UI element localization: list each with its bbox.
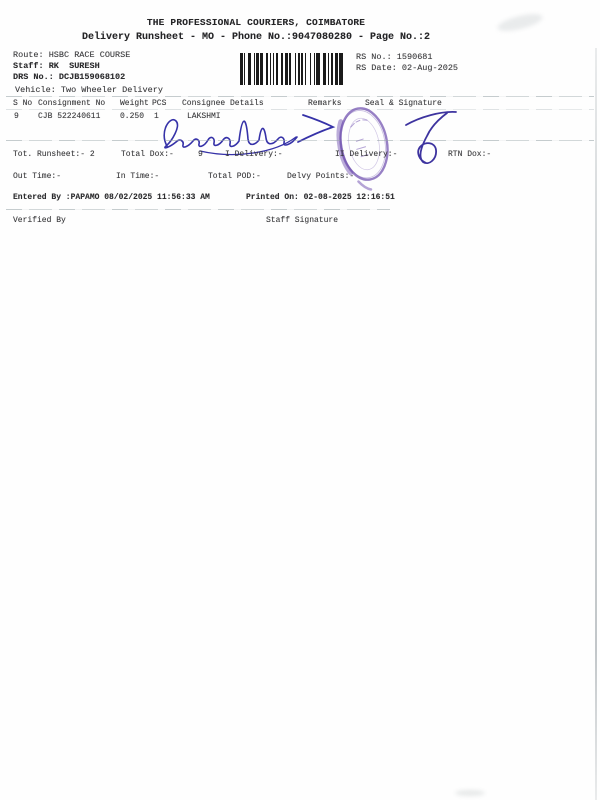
delvy-points: Delvy Points:-: [287, 172, 354, 181]
rs-no-line: RS No.: 1590681: [356, 52, 433, 62]
drs-no-line: DRS No.: DCJB159068102: [13, 72, 125, 82]
company-title: THE PROFESSIONAL COURIERS, COIMBATORE: [0, 17, 512, 28]
entered-by: Entered By :PAPAMO 08/02/2025 11:56:33 A…: [13, 193, 210, 202]
vehicle-line: Vehicle: Two Wheeler Delivery: [15, 85, 163, 95]
verified-by: Verified By: [13, 216, 66, 225]
ii-delivery: II Delivery:-: [335, 150, 397, 159]
scan-smudge-top: [496, 11, 544, 35]
i-delivery: I Delivery:-: [225, 150, 283, 159]
printed-on: Printed On: 02-08-2025 12:16:51: [246, 193, 395, 202]
total-dox-label: Total Dox:-: [121, 150, 174, 159]
route-line: Route: HSBC RACE COURSE: [13, 50, 130, 60]
cell-consignee: LAKSHMI: [187, 112, 221, 121]
scan-edge-line: [595, 48, 597, 800]
cell-pcs: 1: [154, 112, 159, 121]
in-time: In Time:-: [116, 172, 159, 181]
total-dox-value: 9: [198, 150, 203, 159]
staff-signature: Staff Signature: [266, 216, 338, 225]
total-pod: Total POD:-: [208, 172, 261, 181]
col-header-consignee: Consignee Details: [182, 99, 264, 108]
rs-date-line: RS Date: 02-Aug-2025: [356, 63, 458, 73]
rtn-dox: RTN Dox:-: [448, 150, 491, 159]
col-header-weight: Weight: [120, 99, 149, 108]
col-header-consignment: Consignment No: [38, 99, 105, 108]
staff-line: Staff: RK SURESH: [13, 61, 100, 71]
col-header-seal-signature: Seal & Signature: [365, 99, 442, 108]
rs-barcode: [240, 53, 345, 85]
rule-below-table-header: [6, 109, 594, 110]
rule-above-verified: [6, 209, 390, 210]
col-header-sno: S No: [13, 99, 32, 108]
tot-runsheet: Tot. Runsheet:- 2: [13, 150, 95, 159]
out-time: Out Time:-: [13, 172, 61, 181]
cell-consignment: CJB 522240611: [38, 112, 100, 121]
col-header-pcs: PCS: [152, 99, 166, 108]
runsheet-subtitle: Delivery Runsheet - MO - Phone No.:90470…: [0, 32, 512, 43]
cell-sno: 9: [14, 112, 19, 121]
scan-smudge-bottom: [455, 790, 485, 796]
rule-above-summary: [6, 140, 594, 141]
rule-above-table: [6, 96, 594, 97]
col-header-remarks: Remarks: [308, 99, 342, 108]
delivery-runsheet-document: THE PROFESSIONAL COURIERS, COIMBATORE De…: [0, 0, 600, 800]
handwriting-arrow: [298, 115, 333, 142]
cell-weight: 0.250: [120, 112, 144, 121]
